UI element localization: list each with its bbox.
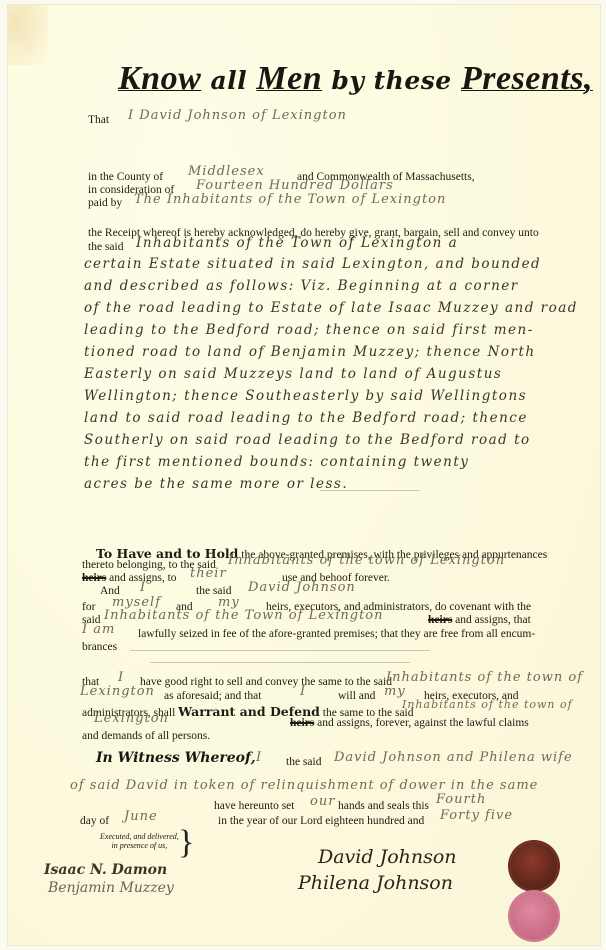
description-line: the first mentioned bounds: containing t… <box>84 454 469 470</box>
brace: } <box>178 826 194 860</box>
witness-the-said: the said <box>286 756 321 768</box>
title-word: Presents, <box>461 60 593 97</box>
will-i-field: I <box>300 684 306 699</box>
heirs-struck: heirs <box>82 572 106 584</box>
their-field: their <box>190 566 227 581</box>
our-field: our <box>310 794 335 809</box>
executed-label: Executed, and delivered, in presence of … <box>100 832 179 850</box>
title-word: all <box>210 66 247 95</box>
hands-seals-text: hands and seals this <box>338 800 429 812</box>
demands-text: and demands of all persons. <box>82 730 210 742</box>
habendum-grantee-field: Inhabitants of the town of Lexington <box>228 553 505 568</box>
grantee-field: Inhabitants of the Town of Lexington a <box>136 235 458 251</box>
forever-text: and assigns, forever, against the lawful… <box>317 717 529 729</box>
grantor-field: I David Johnson of Lexington <box>128 108 347 123</box>
paper-stain <box>8 5 48 65</box>
warranty-my-field: my <box>384 684 406 699</box>
witness-signature: Isaac N. Damon <box>44 862 167 878</box>
witness-names-field: David Johnson and Philena wife <box>334 750 573 765</box>
habendum-line-3: heirs and assigns, to <box>82 572 177 584</box>
assigns-that-text: and assigns, that <box>455 614 531 626</box>
consideration-field: Fourteen Hundred Dollars <box>196 178 394 193</box>
the-said-label: the said <box>88 241 123 253</box>
day-ordinal-field: Fourth <box>436 792 486 807</box>
grantor-name-field: David Johnson <box>248 580 356 595</box>
that-label: That <box>88 114 109 126</box>
that-i-field: I <box>118 670 124 685</box>
grantor-signature: David Johnson <box>318 846 457 868</box>
description-line: acres be the same more or less. <box>84 476 348 492</box>
warranty-grantee2-field: Inhabitants of the town of <box>402 698 573 711</box>
blank-line <box>150 662 410 663</box>
heirs-struck: heirs <box>428 614 452 626</box>
description-line: leading to the Bedford road; thence on s… <box>84 322 534 338</box>
set-label: have hereunto set <box>214 800 294 812</box>
flourish-line <box>320 490 420 491</box>
covenant-grantee-field: Inhabitants of the Town of Lexington <box>104 608 384 623</box>
lexington2-field: Lexington <box>94 711 169 726</box>
title-word: by <box>331 66 364 95</box>
paid-by-label: paid by <box>88 197 122 209</box>
deed-paper <box>8 5 600 945</box>
description-line: tioned road to land of Benjamin Muzzey; … <box>84 344 536 360</box>
title-word: Men <box>256 60 322 97</box>
paid-by-field: The Inhabitants of the Town of Lexington <box>134 192 446 207</box>
witness-i-field: I <box>256 750 262 765</box>
assigns-that-line: heirs and assigns, that <box>428 614 531 626</box>
description-line: certain Estate situated in said Lexingto… <box>84 256 541 272</box>
heirs-struck: heirs <box>290 717 314 729</box>
good-right-text: have good right to sell and convey the s… <box>140 676 392 688</box>
description-line: of the road leading to Estate of late Is… <box>84 300 578 316</box>
lexington-field: Lexington <box>80 684 155 699</box>
i-am-field: I am <box>82 622 115 637</box>
document-title: Know all Men by these Presents, <box>118 60 593 98</box>
county-label: in the County of <box>88 171 163 183</box>
spouse-signature: Philena Johnson <box>298 872 453 894</box>
and-i-field: I <box>140 580 146 595</box>
description-line: and described as follows: Viz. Beginning… <box>84 278 519 294</box>
blank-line <box>130 650 430 651</box>
dower-line-field: of said David in token of relinquishment… <box>70 778 538 793</box>
year-field: Forty five <box>440 808 513 823</box>
executed-label-line: in presence of us, <box>100 841 179 850</box>
wax-seal <box>510 842 558 890</box>
description-line: Easterly on said Muzzeys land to land of… <box>84 366 502 382</box>
month-field: June <box>124 809 158 824</box>
executed-label-line: Executed, and delivered, <box>100 832 179 841</box>
wax-seal <box>510 892 558 940</box>
witness-heading: In Witness Whereof, <box>96 750 256 766</box>
seized-text: lawfully seized in fee of the afore-gran… <box>138 628 535 640</box>
county-field: Middlesex <box>188 164 265 179</box>
day-of-label: day of <box>80 815 109 827</box>
description-line: Southerly on said road leading to the Be… <box>84 432 531 448</box>
description-line: land to said road leading to the Bedford… <box>84 410 528 426</box>
description-line: Wellington; thence Southeasterly by said… <box>84 388 527 404</box>
will-and-text: will and <box>338 690 375 702</box>
title-word: Know <box>118 60 201 97</box>
for-label: for <box>82 601 95 613</box>
brances-text: brances <box>82 641 117 653</box>
year-text: in the year of our Lord eighteen hundred… <box>218 815 424 827</box>
aforesaid-text: as aforesaid; and that <box>164 690 261 702</box>
title-word: these <box>374 66 452 95</box>
warranty-grantee-field: Inhabitants of the town of <box>386 670 583 685</box>
forever-line: heirs and assigns, forever, against the … <box>290 717 529 729</box>
witness-signature: Benjamin Muzzey <box>48 880 174 896</box>
